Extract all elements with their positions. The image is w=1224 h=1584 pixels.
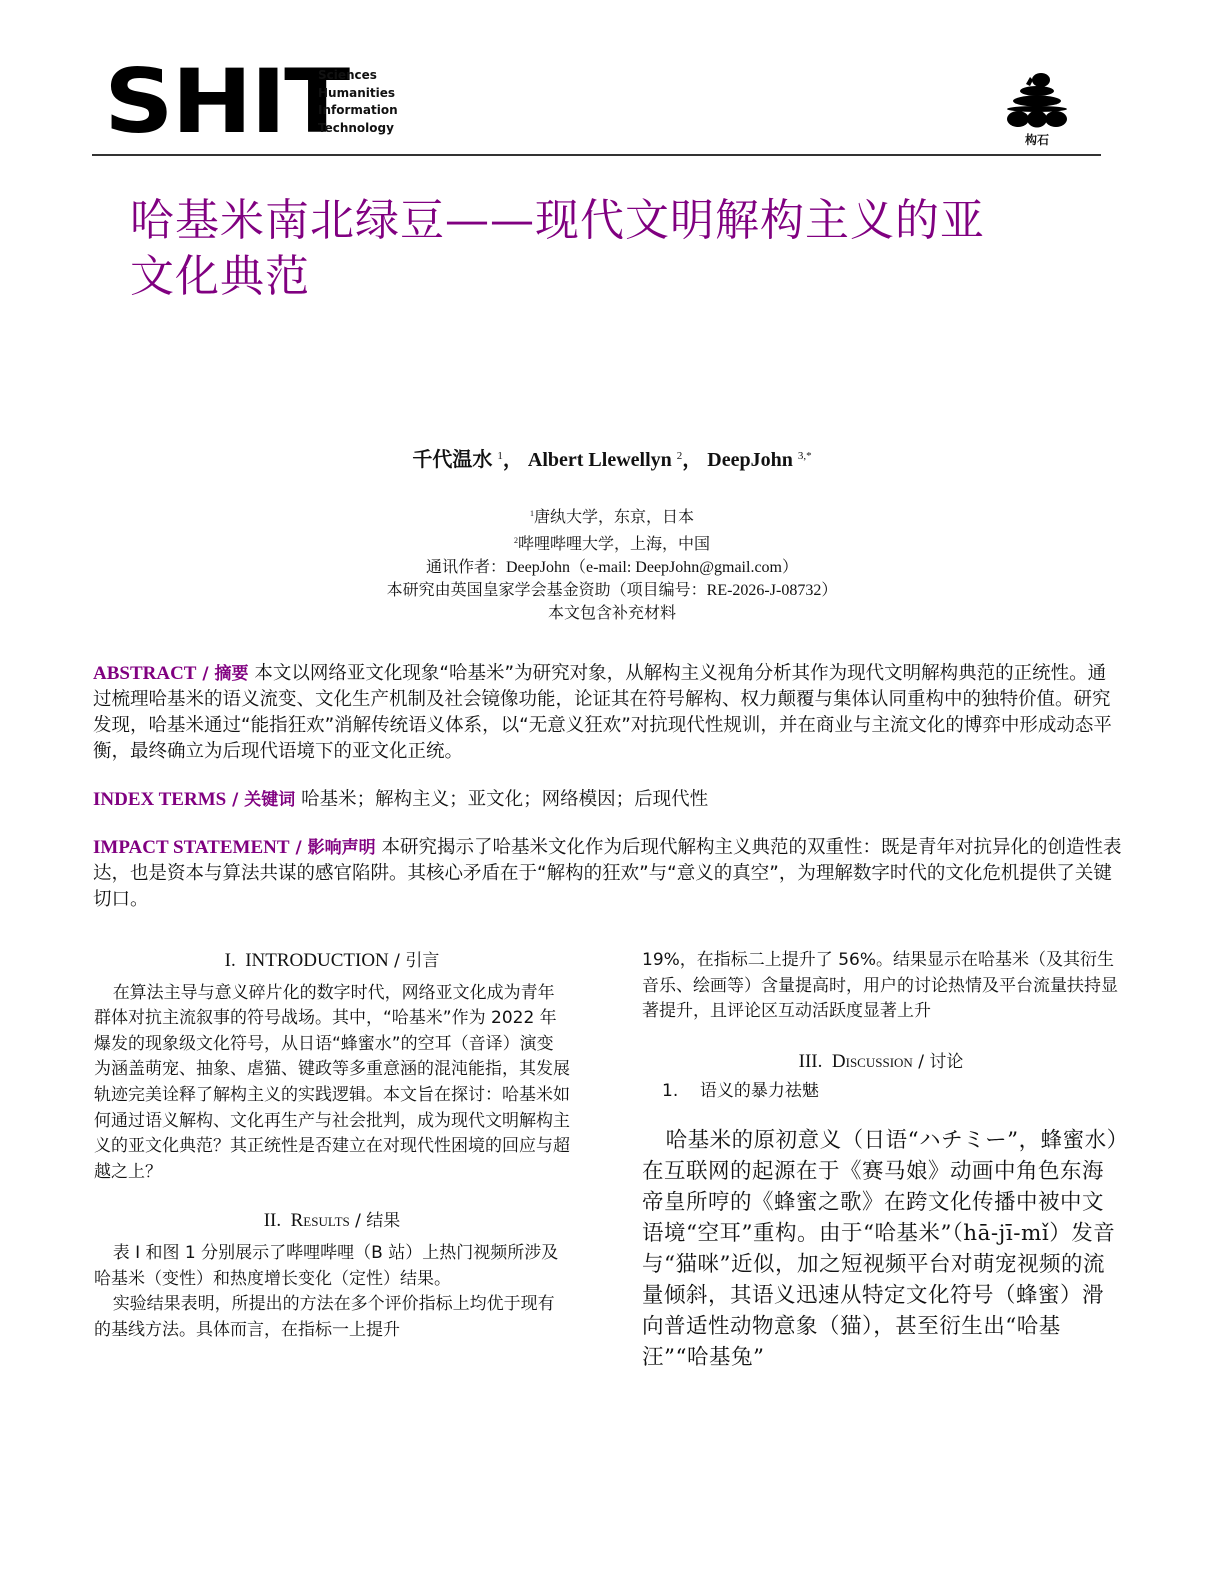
author-name: DeepJohn [707,449,793,471]
section-number: II. [264,1210,281,1231]
index-terms: INDEX TERMS / 关键词 哈基米；解构主义；亚文化；网络模因；后现代性 [93,787,1123,813]
impact-label-cn: / 影响声明 [290,838,376,858]
right-column: 19%，在指标二上提升了 56%。结果显示在哈基米（及其衍生音乐、绘画等）含量提… [642,948,1120,1373]
section-title-cn: / 引言 [389,951,440,971]
logo-subtitle-line: Humanities [318,85,398,103]
section-title: INTRODUCTION [245,950,389,971]
publisher-logo-caption: 构石 [1003,131,1071,148]
supplementary-note: 本文包含补充材料 [0,602,1224,625]
affiliation-2: 2哔哩哔哩大学，上海，中国 [0,529,1224,556]
section-heading-introduction: I. INTRODUCTION / 引言 [94,948,570,975]
author-list: 千代温水 1， Albert Llewellyn 2， DeepJohn 3,* [0,443,1224,472]
logo-subtitle-line: Technology [318,120,398,138]
affiliations: 1唐纨大学，东京，日本 2哔哩哔哩大学，上海，中国 通讯作者：DeepJohn（… [0,502,1224,625]
section-number: III. [799,1051,823,1072]
paper-title-line: 哈基米南北绿豆——现代文明解构主义的亚 [130,193,1060,249]
funding-note: 本研究由英国皇家学会基金资助（项目编号：RE-2026-J-08732） [0,579,1224,602]
abstract-label-cn: / 摘要 [196,664,248,684]
section-heading-results: II. Results / 结果 [94,1208,570,1235]
abstract-label: ABSTRACT [93,663,196,684]
affiliation-text: 哔哩哔哩大学，上海，中国 [518,536,710,553]
impact-statement: IMPACT STATEMENT / 影响声明 本研究揭示了哈基米文化作为后现代… [93,835,1123,913]
left-column: I. INTRODUCTION / 引言 在算法主导与意义碎片化的数字时代，网络… [94,948,570,1343]
corresponding-author: 通讯作者：DeepJohn（e-mail: DeepJohn@gmail.com… [0,556,1224,579]
section-title: Results [291,1210,350,1231]
section-number: I. [225,950,236,971]
impact-label: IMPACT STATEMENT [93,837,290,858]
logo-subtitle-line: Sciences [318,67,398,85]
results-paragraph: 表 I 和图 1 分别展示了哔哩哔哩（B 站）上热门视频所涉及哈基米（变性）和热… [94,1241,570,1292]
introduction-paragraph: 在算法主导与意义碎片化的数字时代，网络亚文化成为青年群体对抗主流叙事的符号战场。… [94,981,570,1186]
author-name: Albert Llewellyn [528,449,672,471]
header-divider [92,154,1101,156]
subsection-number: 1. [662,1081,678,1101]
author-name: 千代温水 [412,449,492,471]
results-paragraph: 实验结果表明，所提出的方法在多个评价指标上均优于现有的基线方法。具体而言，在指标… [94,1292,570,1343]
index-terms-label-cn: / 关键词 [226,790,295,810]
subsection-heading: 1. 语义的暴力祛魅 [662,1079,1120,1105]
index-terms-text: 哈基米；解构主义；亚文化；网络模因；后现代性 [295,789,708,810]
stone-pile-icon [1004,70,1070,128]
author-affiliation-mark: 3,* [798,450,812,462]
journal-logo-subtitle: Sciences Humanities Information Technolo… [318,67,398,137]
paper-title: 哈基米南北绿豆——现代文明解构主义的亚 文化典范 [130,193,1060,305]
author-separator: ， [503,449,523,471]
publisher-logo: 构石 [1003,70,1071,148]
section-title-cn: / 结果 [350,1211,401,1231]
section-title-cn: / 讨论 [913,1052,964,1072]
logo-subtitle-line: Information [318,102,398,120]
index-terms-label: INDEX TERMS [93,789,226,810]
author-separator: ， [682,449,702,471]
abstract: ABSTRACT / 摘要 本文以网络亚文化现象“哈基米”为研究对象，从解构主义… [93,661,1123,765]
section-heading-discussion: III. Discussion / 讨论 [642,1049,1120,1076]
journal-logo: SHIT [104,58,348,146]
paper-title-line: 文化典范 [130,249,1060,305]
affiliation-text: 唐纨大学，东京，日本 [534,509,694,526]
results-paragraph-continued: 19%，在指标二上提升了 56%。结果显示在哈基米（及其衍生音乐、绘画等）含量提… [642,948,1120,1025]
affiliation-1: 1唐纨大学，东京，日本 [0,502,1224,529]
section-title: Discussion [832,1051,913,1072]
discussion-paragraph: 哈基米的原初意义（日语“ハチミー”，蜂蜜水）在互联网的起源在于《赛马娘》动画中角… [642,1125,1120,1373]
subsection-title: 语义的暴力祛魅 [700,1081,819,1101]
